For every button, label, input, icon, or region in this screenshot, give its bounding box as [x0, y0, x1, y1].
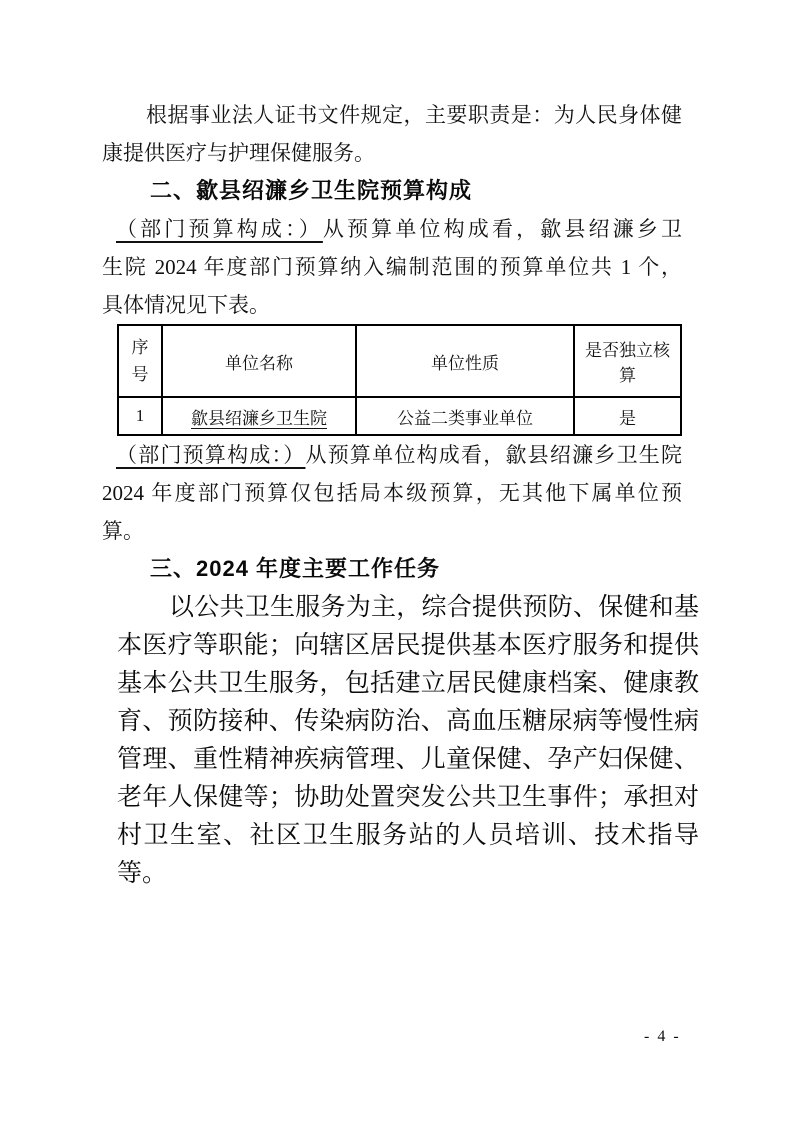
column-header-seq-label: 序号 — [130, 334, 150, 388]
tasks-line: 本医疗等职能；向辖区居民提供基本医疗服务和提供 — [117, 626, 699, 664]
paragraph-line-text: 从预算单位构成看，歙县绍濂乡卫 — [323, 217, 682, 241]
column-header-seq: 序号 — [118, 325, 162, 397]
document-body: 根据事业法人证书文件规定，主要职责是：为人民身体健 康提供医疗与护理保健服务。 … — [102, 96, 682, 892]
paragraph-line: 算。 — [102, 512, 682, 550]
column-header-unit-name: 单位名称 — [162, 325, 356, 397]
paragraph-line: 2024 年度部门预算仅包括局本级预算，无其他下属单位预 — [102, 474, 682, 512]
paragraph-line: （部门预算构成：）从预算单位构成看，歙县绍濂乡卫 — [102, 210, 682, 248]
tasks-line: 管理、重性精神疾病管理、儿童保健、孕产妇保健、 — [117, 740, 699, 778]
underlined-lead-in: （部门预算构成：） — [116, 443, 305, 467]
cell-seq: 1 — [118, 397, 162, 435]
paragraph-budget-composition-after-table: （部门预算构成：）从预算单位构成看，歙县绍濂乡卫生院 2024 年度部门预算仅包… — [102, 436, 682, 550]
tasks-line: 以公共卫生服务为主，综合提供预防、保健和基 — [117, 588, 699, 626]
tasks-line: 育、预防接种、传染病防治、高血压糖尿病等慢性病 — [117, 702, 699, 740]
paragraph-line: （部门预算构成：）从预算单位构成看，歙县绍濂乡卫生院 — [102, 436, 682, 474]
cell-unit-name: 歙县绍濂乡卫生院 — [162, 397, 356, 435]
paragraph-duty: 根据事业法人证书文件规定，主要职责是：为人民身体健 康提供医疗与护理保健服务。 — [102, 96, 682, 172]
paragraph-duty-line: 根据事业法人证书文件规定，主要职责是：为人民身体健 — [102, 96, 682, 134]
paragraph-duty-line: 康提供医疗与护理保健服务。 — [102, 134, 682, 172]
table-row: 1 歙县绍濂乡卫生院 公益二类事业单位 是 — [118, 397, 681, 435]
paragraph-line: 生院 2024 年度部门预算纳入编制范围的预算单位共 1 个， — [102, 248, 682, 286]
page-number: - 4 - — [644, 1028, 681, 1046]
cell-unit-type: 公益二类事业单位 — [356, 397, 574, 435]
underlined-lead-in: （部门预算构成：） — [116, 217, 323, 241]
section-3-heading: 三、2024 年度主要工作任务 — [102, 550, 682, 588]
tasks-line: 老年人保健等；协助处置突发公共卫生事件；承担对 — [117, 778, 699, 816]
column-header-independent: 是否独立核算 — [574, 325, 681, 397]
paragraph-budget-composition-before-table: （部门预算构成：）从预算单位构成看，歙县绍濂乡卫 生院 2024 年度部门预算纳… — [102, 210, 682, 324]
paragraph-main-tasks: 以公共卫生服务为主，综合提供预防、保健和基 本医疗等职能；向辖区居民提供基本医疗… — [117, 588, 699, 892]
tasks-line: 基本公共卫生服务，包括建立居民健康档案、健康教 — [117, 664, 699, 702]
paragraph-line: 具体情况见下表。 — [102, 286, 682, 324]
tasks-line: 村卫生室、社区卫生服务站的人员培训、技术指导等。 — [117, 816, 699, 892]
paragraph-line-text: 从预算单位构成看，歙县绍濂乡卫生院 — [305, 443, 682, 467]
budget-units-table: 序号 单位名称 单位性质 是否独立核算 1 歙县绍濂乡卫生院 公益二类事业单位 … — [117, 324, 682, 436]
unit-name-underlined: 歙县绍濂乡卫生院 — [191, 409, 327, 428]
section-2-heading: 二、歙县绍濂乡卫生院预算构成 — [102, 172, 682, 210]
cell-independent: 是 — [574, 397, 681, 435]
table-header-row: 序号 单位名称 单位性质 是否独立核算 — [118, 325, 681, 397]
document-page: 根据事业法人证书文件规定，主要职责是：为人民身体健 康提供医疗与护理保健服务。 … — [0, 0, 793, 1122]
column-header-unit-type: 单位性质 — [356, 325, 574, 397]
